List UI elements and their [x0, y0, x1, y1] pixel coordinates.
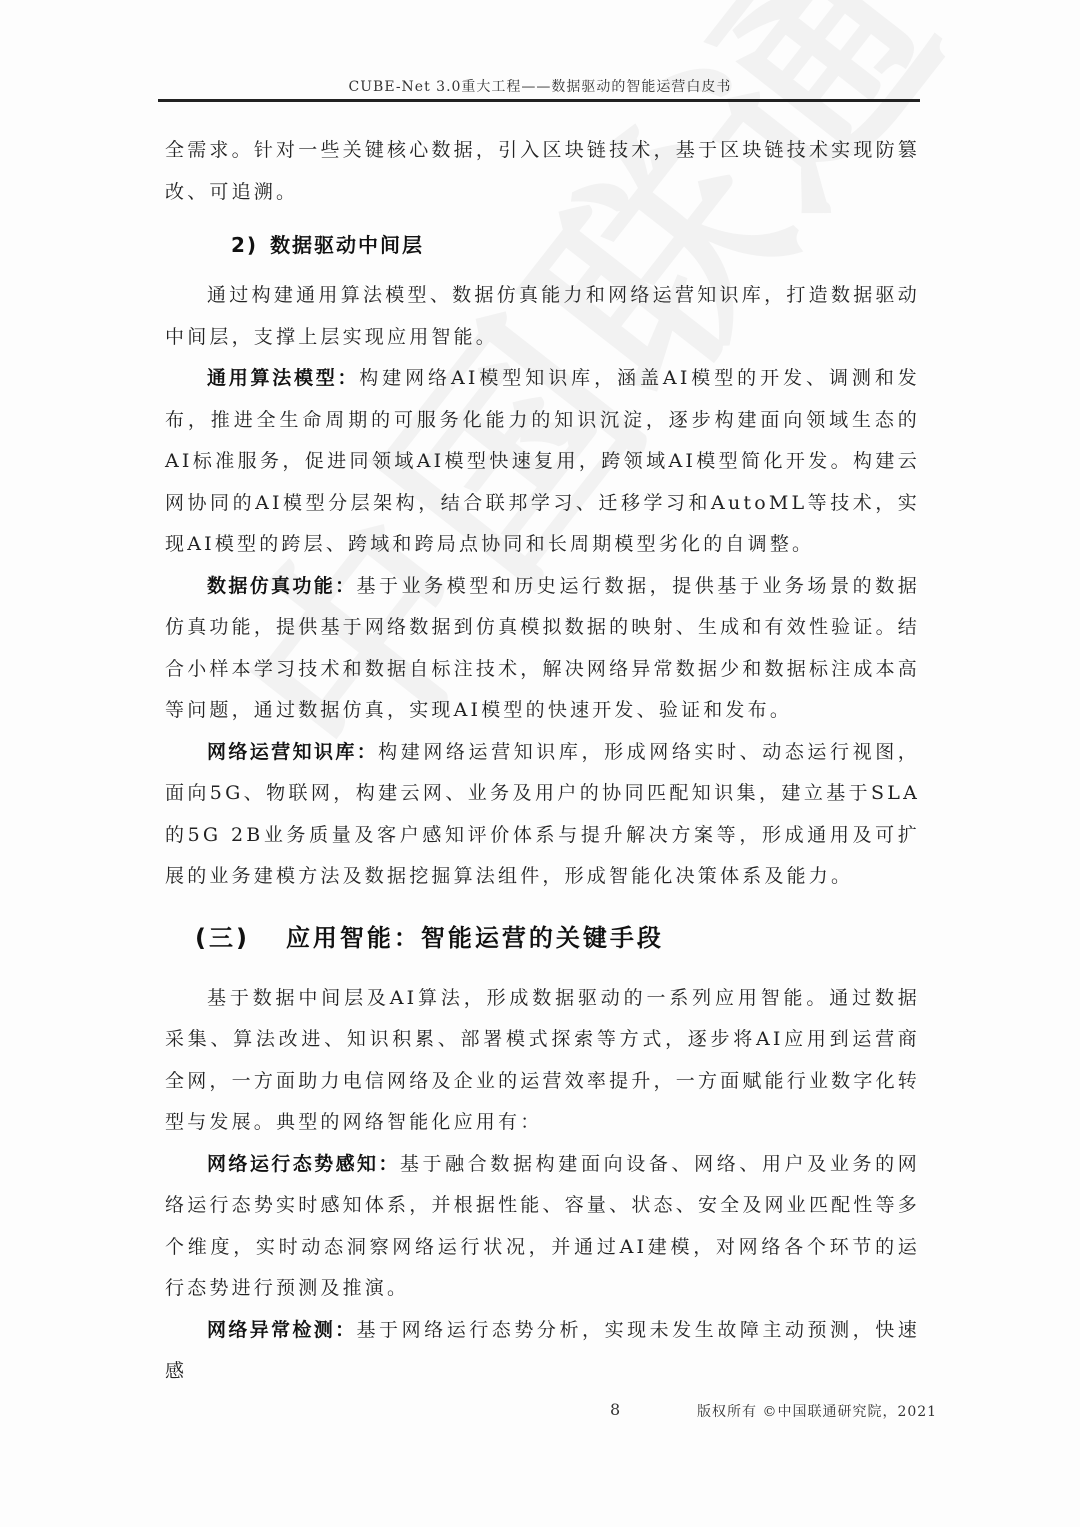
page-content: 全需求。针对一些关键核心数据，引入区块链技术，基于区块链技术实现防篡改、可追溯。… [165, 130, 920, 1393]
subsection-number: 2) [231, 233, 258, 257]
definition-term: 网络异常检测： [207, 1319, 356, 1341]
subsection-title: 数据驱动中间层 [270, 233, 424, 257]
definition-paragraph: 数据仿真功能：基于业务模型和历史运行数据，提供基于业务场景的数据仿真功能，提供基… [165, 566, 920, 732]
definition-term: 数据仿真功能： [207, 575, 356, 597]
copyright-notice: 版权所有 ©中国联通研究院，2021 [697, 1401, 937, 1421]
subsection-intro: 通过构建通用算法模型、数据仿真能力和网络运营知识库，打造数据驱动中间层，支撑上层… [165, 275, 920, 358]
definition-paragraph: 网络运行态势感知：基于融合数据构建面向设备、网络、用户及业务的网络运行态势实时感… [165, 1144, 920, 1310]
definition-term: 网络运行态势感知： [207, 1153, 400, 1175]
section-intro: 基于数据中间层及AI算法，形成数据驱动的一系列应用智能。通过数据采集、算法改进、… [165, 978, 920, 1144]
definition-term: 通用算法模型： [207, 367, 359, 389]
paragraph-continuation: 全需求。针对一些关键核心数据，引入区块链技术，基于区块链技术实现防篡改、可追溯。 [165, 130, 920, 213]
document-page: 中国联通 CUBE-Net 3.0重大工程——数据驱动的智能运营白皮书 全需求。… [0, 0, 1080, 1527]
section-heading: (三)应用智能：智能运营的关键手段 [195, 916, 920, 960]
section-title: 应用智能：智能运营的关键手段 [286, 924, 664, 952]
section-number: (三) [195, 924, 250, 952]
header-rule [158, 99, 920, 102]
definition-paragraph: 网络运营知识库：构建网络运营知识库，形成网络实时、动态运行视图，面向5G、物联网… [165, 732, 920, 898]
page-number: 8 [610, 1400, 620, 1419]
definition-paragraph: 通用算法模型：构建网络AI模型知识库，涵盖AI模型的开发、调测和发布，推进全生命… [165, 358, 920, 566]
running-header: CUBE-Net 3.0重大工程——数据驱动的智能运营白皮书 [160, 76, 920, 96]
definition-paragraph: 网络异常检测：基于网络运行态势分析，实现未发生故障主动预测，快速感 [165, 1310, 920, 1393]
subsection-heading: 2)数据驱动中间层 [231, 225, 920, 265]
definition-text: 构建网络AI模型知识库，涵盖AI模型的开发、调测和发布，推进全生命周期的可服务化… [165, 367, 920, 555]
definition-term: 网络运营知识库： [207, 741, 378, 763]
